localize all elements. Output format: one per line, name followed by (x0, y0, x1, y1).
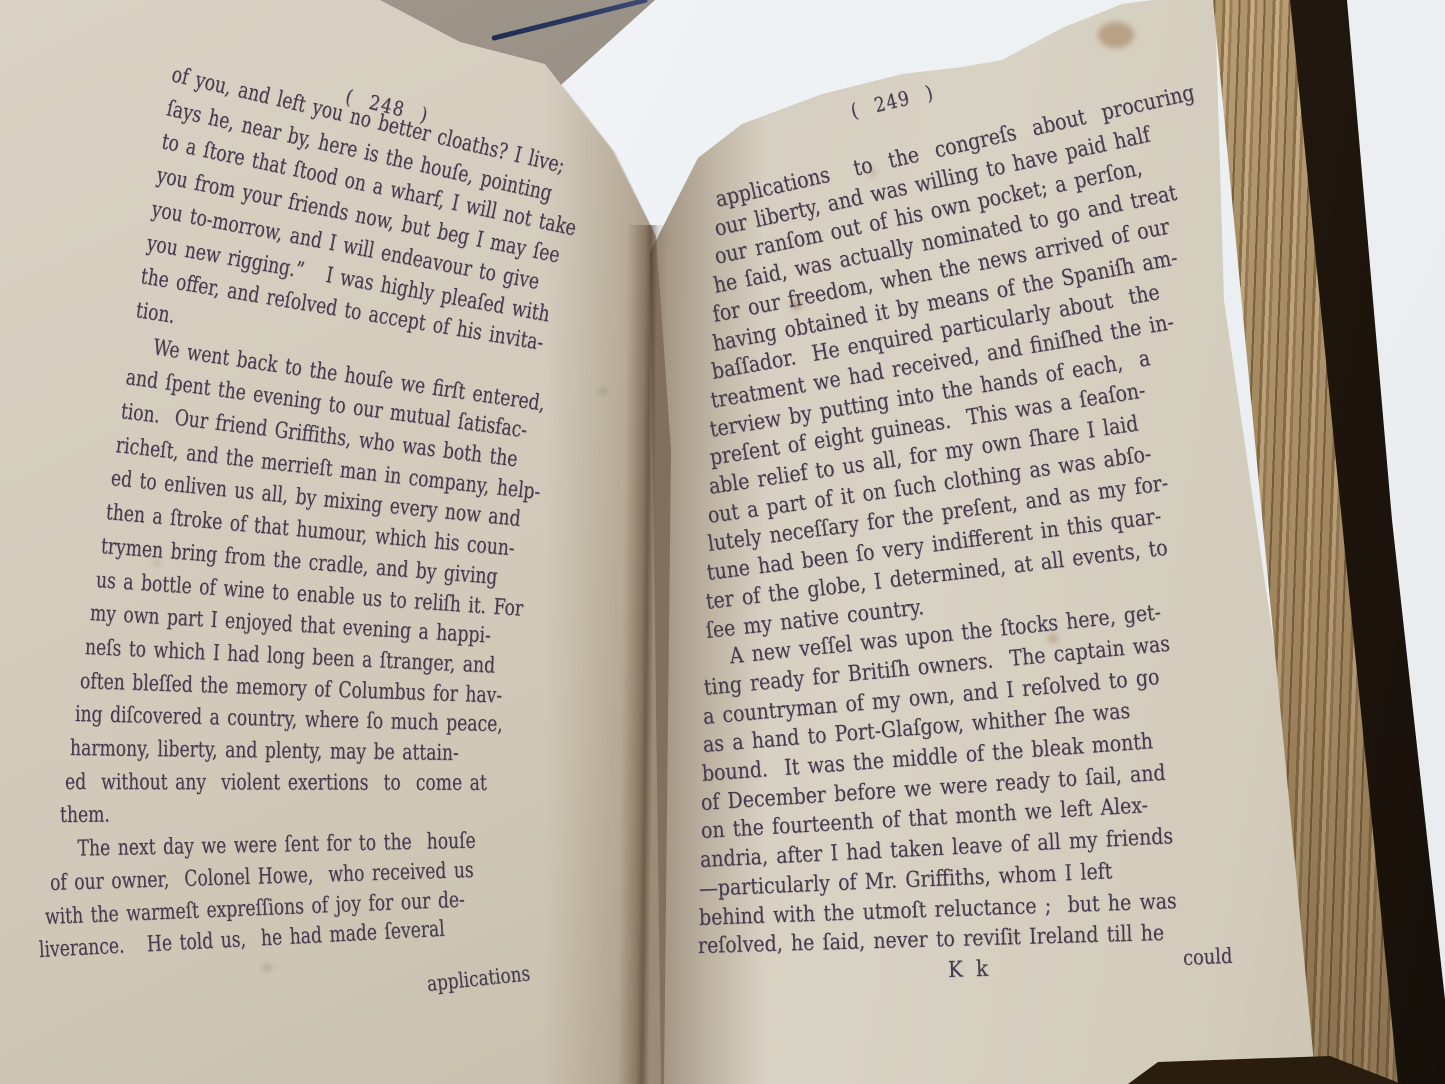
gutter-crease (618, 225, 669, 1084)
stain-spot (1048, 634, 1058, 643)
stain-spot (790, 300, 802, 310)
stain-spot (869, 170, 876, 176)
stain-spot (1098, 22, 1134, 48)
stain-spot (262, 964, 272, 971)
stain-spot (600, 388, 606, 394)
gutter-shadow-right (645, 55, 795, 1084)
stain-spot (1010, 932, 1018, 939)
stain-spot (154, 560, 160, 565)
open-book-photo: ( 248 ) of you, and left you no better c… (0, 0, 1445, 1084)
